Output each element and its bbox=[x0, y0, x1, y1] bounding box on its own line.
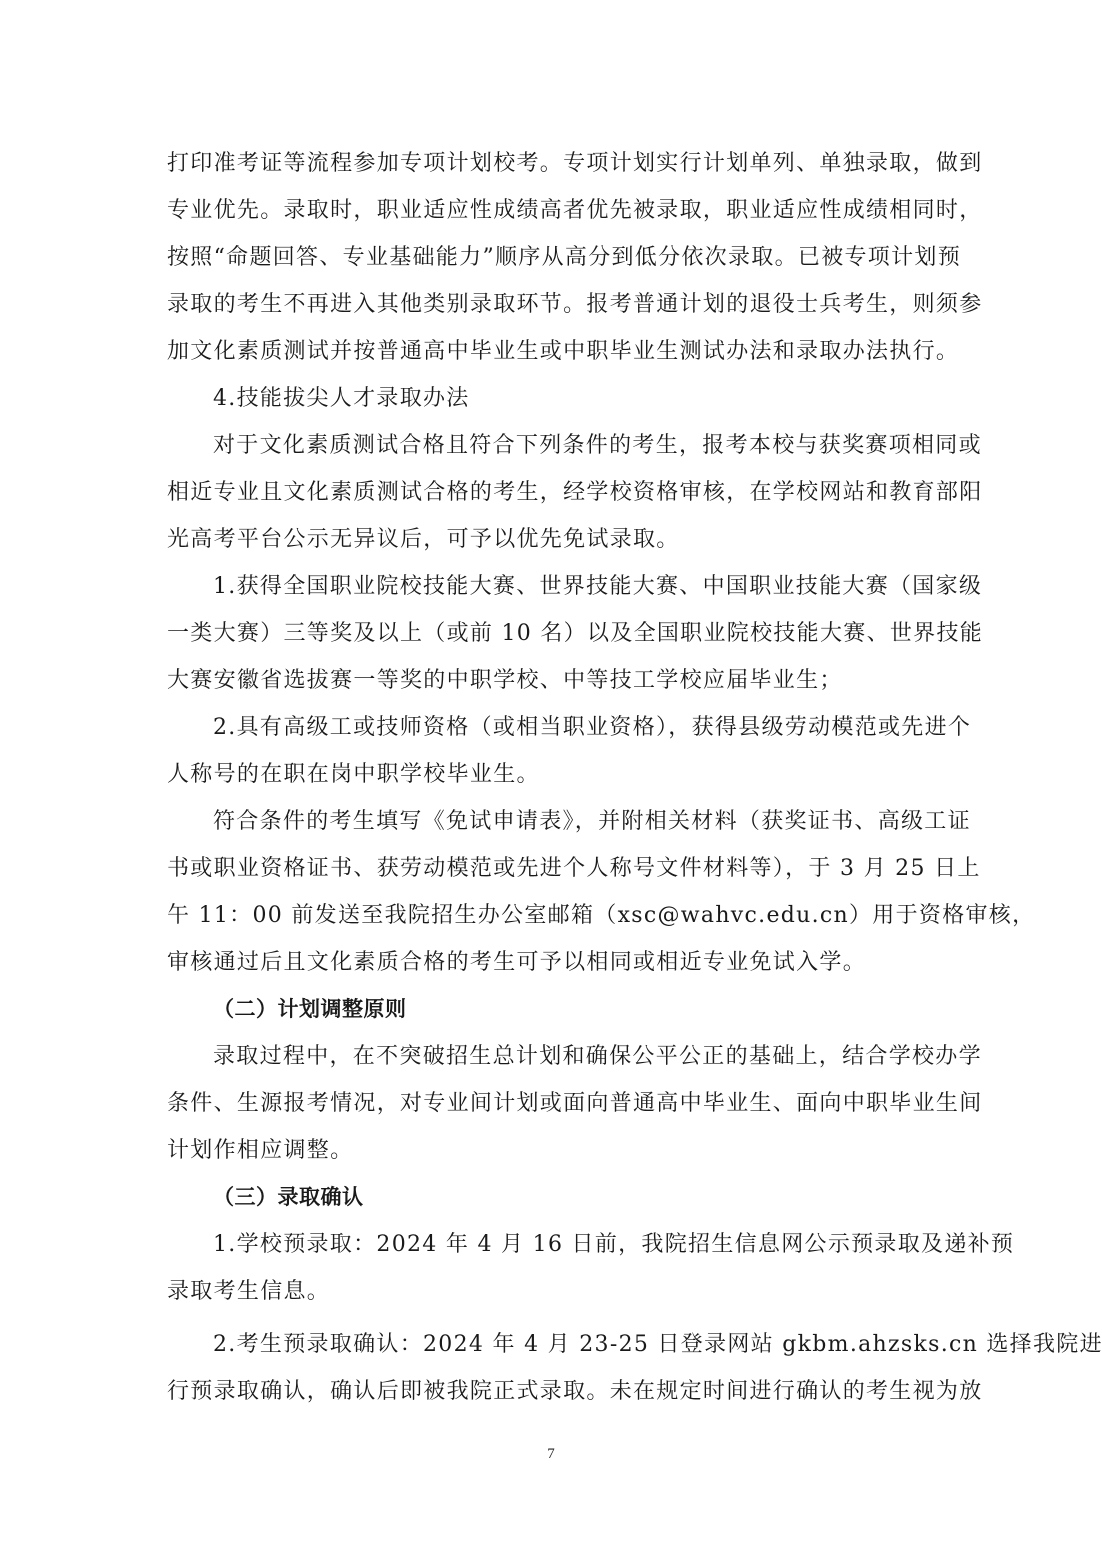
text-line: 书或职业资格证书、获劳动模范或先进个人称号文件材料等），于 3 月 25 日上 bbox=[167, 845, 937, 892]
section-heading-admission-confirmation: （三）录取确认 bbox=[167, 1174, 937, 1221]
text-line: 按照“命题回答、专业基础能力”顺序从高分到低分依次录取。已被专项计划预 bbox=[167, 234, 937, 281]
paragraph-condition-2: 2.具有高级工或技师资格（或相当职业资格），获得县级劳动模范或先进个 人称号的在… bbox=[167, 704, 937, 798]
document-page: 打印准考证等流程参加专项计划校考。专项计划实行计划单列、单独录取，做到 专业优先… bbox=[167, 140, 937, 1415]
text-line: 一类大赛）三等奖及以上（或前 10 名）以及全国职业院校技能大赛、世界技能 bbox=[167, 610, 937, 657]
paragraph-confirm-2: 2.考生预录取确认：2024 年 4 月 23-25 日登录网站 gkbm.ah… bbox=[167, 1321, 937, 1415]
text-line: 条件、生源报考情况，对专业间计划或面向普通高中毕业生、面向中职毕业生间 bbox=[167, 1080, 937, 1127]
text-line: 午 11：00 前发送至我院招生办公室邮箱（xsc@wahvc.edu.cn）用… bbox=[167, 892, 937, 939]
text-line: 录取过程中，在不突破招生总计划和确保公平公正的基础上，结合学校办学 bbox=[167, 1033, 937, 1080]
text-line: 审核通过后且文化素质合格的考生可予以相同或相近专业免试入学。 bbox=[167, 939, 937, 986]
text-line: 对于文化素质测试合格且符合下列条件的考生，报考本校与获奖赛项相同或 bbox=[167, 422, 937, 469]
text-line: 计划作相应调整。 bbox=[167, 1127, 937, 1174]
text-line: 1.获得全国职业院校技能大赛、世界技能大赛、中国职业技能大赛（国家级 bbox=[167, 563, 937, 610]
text-line: 人称号的在职在岗中职学校毕业生。 bbox=[167, 751, 937, 798]
section-heading-plan-adjustment: （二）计划调整原则 bbox=[167, 986, 937, 1033]
text-line: 录取考生信息。 bbox=[167, 1268, 937, 1315]
text-line: 打印准考证等流程参加专项计划校考。专项计划实行计划单列、单独录取，做到 bbox=[167, 140, 937, 187]
text-line: 2.具有高级工或技师资格（或相当职业资格），获得县级劳动模范或先进个 bbox=[167, 704, 937, 751]
text-line: 大赛安徽省选拔赛一等奖的中职学校、中等技工学校应届毕业生； bbox=[167, 657, 937, 704]
paragraph-application-procedure: 符合条件的考生填写《免试申请表》，并附相关材料（获奖证书、高级工证 书或职业资格… bbox=[167, 798, 937, 986]
text-line: 2.考生预录取确认：2024 年 4 月 23-25 日登录网站 gkbm.ah… bbox=[167, 1321, 937, 1368]
text-line: 符合条件的考生填写《免试申请表》，并附相关材料（获奖证书、高级工证 bbox=[167, 798, 937, 845]
paragraph-plan-adjustment: 录取过程中，在不突破招生总计划和确保公平公正的基础上，结合学校办学 条件、生源报… bbox=[167, 1033, 937, 1174]
text-line: 光高考平台公示无异议后，可予以优先免试录取。 bbox=[167, 516, 937, 563]
paragraph-skill-talent-intro: 对于文化素质测试合格且符合下列条件的考生，报考本校与获奖赛项相同或 相近专业且文… bbox=[167, 422, 937, 563]
paragraph-special-plan: 打印准考证等流程参加专项计划校考。专项计划实行计划单列、单独录取，做到 专业优先… bbox=[167, 140, 937, 375]
text-line: 录取的考生不再进入其他类别录取环节。报考普通计划的退役士兵考生，则须参 bbox=[167, 281, 937, 328]
text-line: 行预录取确认，确认后即被我院正式录取。未在规定时间进行确认的考生视为放 bbox=[167, 1368, 937, 1415]
text-line: 加文化素质测试并按普通高中毕业生或中职毕业生测试办法和录取办法执行。 bbox=[167, 328, 937, 375]
text-line: 相近专业且文化素质测试合格的考生，经学校资格审核，在学校网站和教育部阳 bbox=[167, 469, 937, 516]
paragraph-condition-1: 1.获得全国职业院校技能大赛、世界技能大赛、中国职业技能大赛（国家级 一类大赛）… bbox=[167, 563, 937, 704]
paragraph-confirm-1: 1.学校预录取：2024 年 4 月 16 日前，我院招生信息网公示预录取及递补… bbox=[167, 1221, 937, 1315]
subsection-title: 4.技能拔尖人才录取办法 bbox=[167, 375, 937, 422]
page-number: 7 bbox=[0, 1446, 1102, 1463]
text-line: 专业优先。录取时，职业适应性成绩高者优先被录取，职业适应性成绩相同时， bbox=[167, 187, 937, 234]
text-line: 1.学校预录取：2024 年 4 月 16 日前，我院招生信息网公示预录取及递补… bbox=[167, 1221, 937, 1268]
